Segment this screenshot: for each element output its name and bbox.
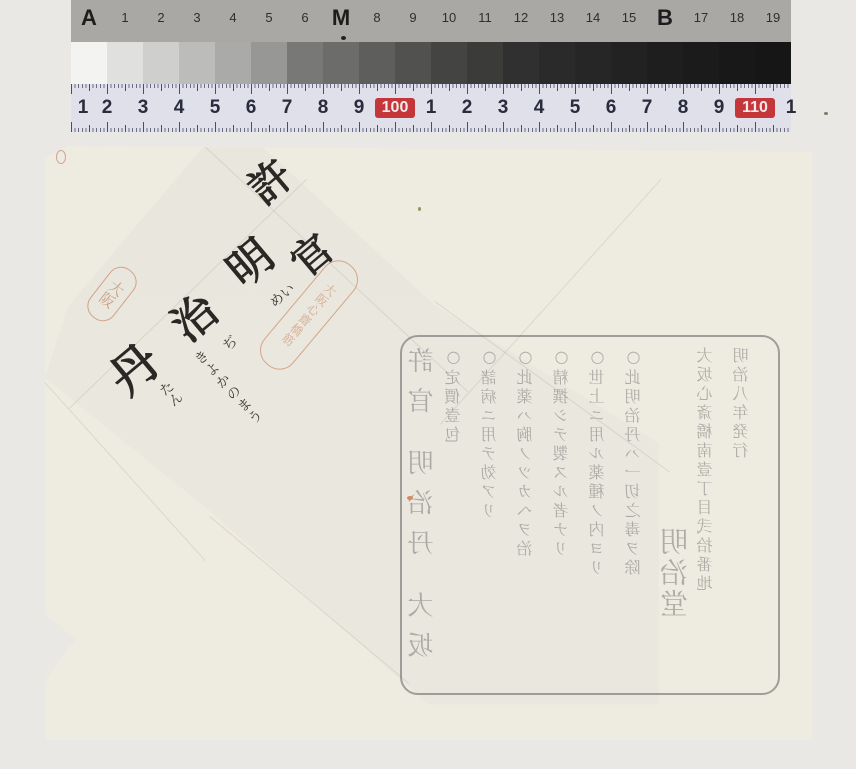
- grey-scale-label: B: [647, 5, 683, 31]
- grey-scale-label: 8: [359, 10, 395, 25]
- print-column: ○世上ニ用ル薬種ノ内ヨリ: [590, 347, 606, 578]
- ruler-number-highlight: 100: [375, 98, 415, 118]
- grey-scale-label: 19: [755, 10, 791, 25]
- ruler-number: 4: [161, 97, 197, 119]
- grey-scale-label-bar: A123456M89101112131415B171819: [71, 0, 791, 42]
- grey-patch: [539, 42, 575, 84]
- ruler-number: 2: [449, 97, 485, 119]
- grey-patch: [575, 42, 611, 84]
- fold-line: [545, 146, 653, 147]
- grey-patch: [143, 42, 179, 84]
- grey-scale-label: 4: [215, 10, 251, 25]
- grey-scale-label: 13: [539, 10, 575, 25]
- ruler-number: 2: [89, 97, 125, 119]
- grey-patch: [719, 42, 755, 84]
- grey-scale-label: 2: [143, 10, 179, 25]
- ruler-number: 6: [233, 97, 269, 119]
- grey-patch: [683, 42, 719, 84]
- grey-scale-label: 1: [107, 10, 143, 25]
- grey-scale-patches: [71, 42, 791, 84]
- ruler-number: 5: [557, 97, 593, 119]
- ruler-number: 5: [197, 97, 233, 119]
- ruler-number: 8: [665, 97, 701, 119]
- grey-scale-label: 15: [611, 10, 647, 25]
- grey-scale-label: 11: [467, 10, 503, 25]
- grey-patch: [71, 42, 107, 84]
- printed-label-block: 明治八年発行大坂心斎橋南壹丁目弐拾番地明治堂○此明治丹ハ一切之毒ヲ除○世上ニ用ル…: [400, 335, 780, 695]
- ruler-number-highlight: 110: [735, 98, 775, 118]
- grey-patch: [395, 42, 431, 84]
- print-column: 許官 明治丹 大坂: [410, 347, 436, 672]
- ruler-number: 1: [773, 97, 809, 119]
- print-column: 明治八年発行: [734, 347, 750, 461]
- ruler-number: 7: [629, 97, 665, 119]
- grey-scale-label: A: [71, 5, 107, 31]
- print-column: ○定價壹包: [446, 347, 462, 445]
- measuring-ruler: 1234567891001234567891101: [71, 84, 791, 132]
- ruler-ticks-top: [71, 84, 791, 94]
- ruler-number: 8: [305, 97, 341, 119]
- marker-dot: [341, 36, 346, 40]
- color-calibration-target: A123456M89101112131415B171819 1234567891…: [71, 0, 791, 132]
- ruler-number: 3: [125, 97, 161, 119]
- grey-patch: [467, 42, 503, 84]
- ruler-number: 3: [485, 97, 521, 119]
- print-column: ○此薬ハ胸ノツカヘヲ治: [518, 347, 534, 559]
- paper-stain: [407, 496, 413, 500]
- print-column: ○精撰シテ製スル者ナリ: [554, 347, 570, 559]
- grey-scale-label: 17: [683, 10, 719, 25]
- grey-scale-label: 6: [287, 10, 323, 25]
- grey-scale-label: M: [323, 5, 359, 31]
- ruler-ticks-bottom: [71, 122, 791, 132]
- grey-scale-label: 3: [179, 10, 215, 25]
- ruler-number: 7: [269, 97, 305, 119]
- grey-scale-label: 18: [719, 10, 755, 25]
- grey-patch: [251, 42, 287, 84]
- ruler-number: 4: [521, 97, 557, 119]
- ruler-number: 9: [701, 97, 737, 119]
- grey-patch: [359, 42, 395, 84]
- grey-patch: [431, 42, 467, 84]
- paper-stain: [56, 150, 66, 164]
- grey-patch: [755, 42, 791, 84]
- grey-patch: [503, 42, 539, 84]
- grey-scale-label: 9: [395, 10, 431, 25]
- paper-stain: [418, 207, 421, 211]
- grey-scale-label: 14: [575, 10, 611, 25]
- print-column: 明治堂: [662, 527, 690, 620]
- grey-patch: [323, 42, 359, 84]
- ruler-number: 6: [593, 97, 629, 119]
- print-column: ○諸病ニ用テ効アリ: [482, 347, 498, 521]
- grey-patch: [647, 42, 683, 84]
- ruler-number: 9: [341, 97, 377, 119]
- grey-scale-label: 5: [251, 10, 287, 25]
- grey-patch: [287, 42, 323, 84]
- grey-patch: [611, 42, 647, 84]
- paper-speck: [824, 112, 828, 115]
- grey-patch: [179, 42, 215, 84]
- grey-scale-label: 12: [503, 10, 539, 25]
- grey-scale-label: 10: [431, 10, 467, 25]
- print-column: 大坂心斎橋南壹丁目弐拾番地: [698, 347, 714, 594]
- ruler-number: 1: [413, 97, 449, 119]
- grey-patch: [107, 42, 143, 84]
- grey-patch: [215, 42, 251, 84]
- print-column: ○此明治丹ハ一切之毒ヲ除: [626, 347, 642, 578]
